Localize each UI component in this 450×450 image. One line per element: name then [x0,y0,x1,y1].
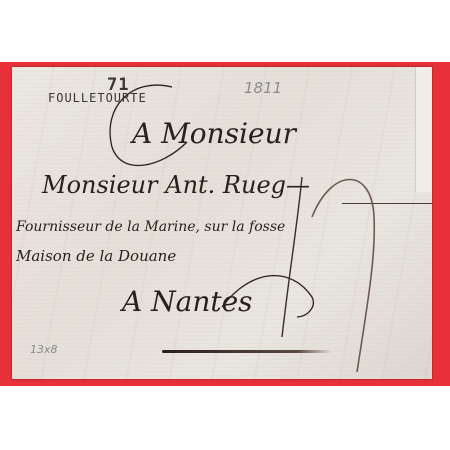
folded-letter: 71 FOULLETOURTE 1811 13x8 A Monsieur Mon… [12,67,432,379]
ink-strokes [12,67,432,379]
